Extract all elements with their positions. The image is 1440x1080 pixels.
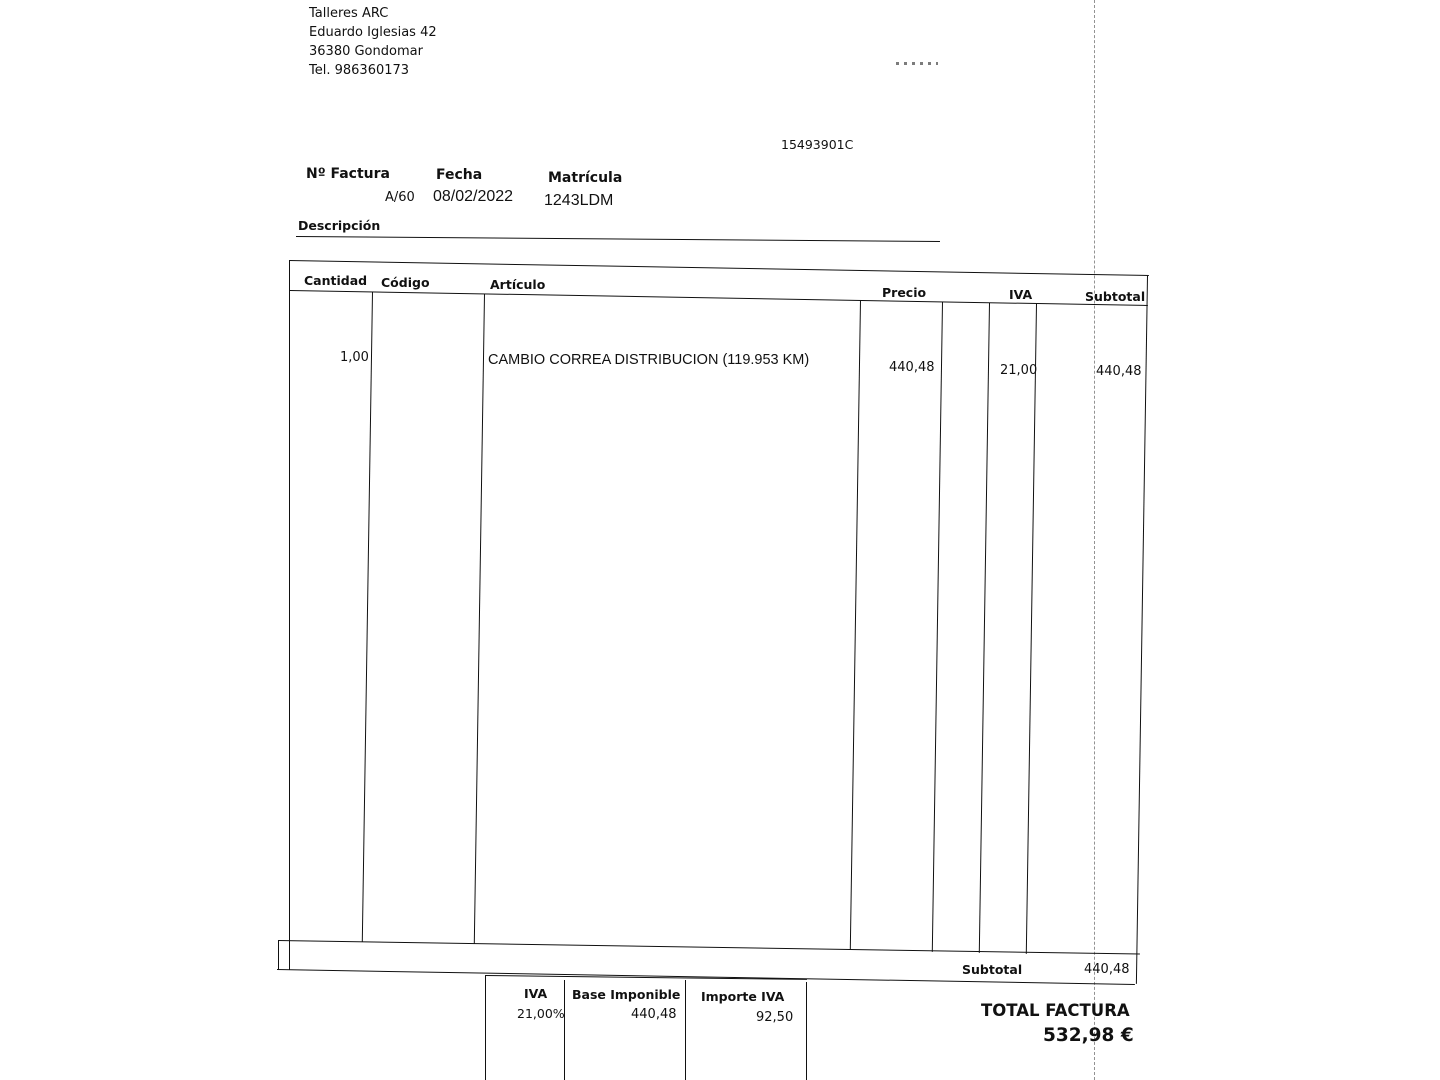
footer-left-border (278, 940, 279, 970)
tax-box-right (806, 982, 807, 1080)
description-underline (296, 236, 940, 242)
customer-tax-id: 15493901C (781, 137, 853, 152)
header-iva: IVA (1009, 287, 1032, 302)
plate-number: 1243LDM (544, 192, 613, 210)
row-precio: 440,48 (889, 360, 935, 375)
total-value: 532,98 € (1043, 1025, 1134, 1046)
header-precio: Precio (882, 285, 926, 300)
tax-base-value: 440,48 (631, 1007, 677, 1022)
tax-header-iva: IVA (524, 986, 547, 1001)
header-cantidad: Cantidad (304, 273, 367, 288)
col-divider-dto (979, 303, 990, 953)
company-phone: Tel. 986360173 (309, 61, 437, 80)
scan-artifact (896, 62, 938, 65)
header-codigo: Código (381, 275, 430, 290)
footer-subtotal-label: Subtotal (962, 962, 1022, 977)
description-label: Descripción (298, 218, 380, 233)
tax-iva-rate: 21,00% (517, 1006, 565, 1021)
table-top-border (289, 260, 1149, 276)
col-divider-precio (932, 302, 943, 952)
col-divider-iva (1026, 304, 1037, 954)
company-name: Talleres ARC (309, 4, 437, 23)
row-articulo: CAMBIO CORREA DISTRIBUCION (119.953 KM) (488, 352, 809, 368)
invoice-date: 08/02/2022 (433, 188, 513, 206)
row-subtotal: 440,48 (1096, 364, 1142, 379)
col-divider-codigo (474, 294, 485, 944)
company-city: 36380 Gondomar (309, 42, 437, 61)
table-body-bottom (278, 940, 1140, 955)
row-cantidad: 1,00 (340, 350, 369, 365)
col-divider-cantidad (362, 292, 373, 942)
invoice-number: A/60 (385, 190, 415, 205)
row-iva: 21,00 (1000, 363, 1037, 378)
invoice-number-label: Nº Factura (306, 166, 390, 182)
total-label: TOTAL FACTURA (981, 1001, 1130, 1020)
header-articulo: Artículo (490, 277, 545, 292)
plate-label: Matrícula (548, 170, 622, 186)
tax-importe-value: 92,50 (756, 1010, 793, 1025)
col-divider-articulo (850, 300, 861, 950)
tax-col-divider-1 (564, 980, 565, 1080)
header-subtotal: Subtotal (1085, 289, 1145, 304)
tax-header-base: Base Imponible (572, 987, 680, 1002)
company-info: Talleres ARC Eduardo Iglesias 42 36380 G… (309, 4, 437, 80)
table-left-border (289, 260, 290, 970)
table-right-border (1136, 276, 1148, 984)
scan-fold-line (1094, 0, 1096, 1080)
company-street: Eduardo Iglesias 42 (309, 23, 437, 42)
footer-subtotal-value: 440,48 (1084, 962, 1130, 977)
invoice-date-label: Fecha (436, 167, 482, 183)
tax-col-divider-2 (685, 980, 686, 1080)
tax-header-importe: Importe IVA (701, 989, 784, 1004)
tax-box-left (485, 975, 486, 1080)
